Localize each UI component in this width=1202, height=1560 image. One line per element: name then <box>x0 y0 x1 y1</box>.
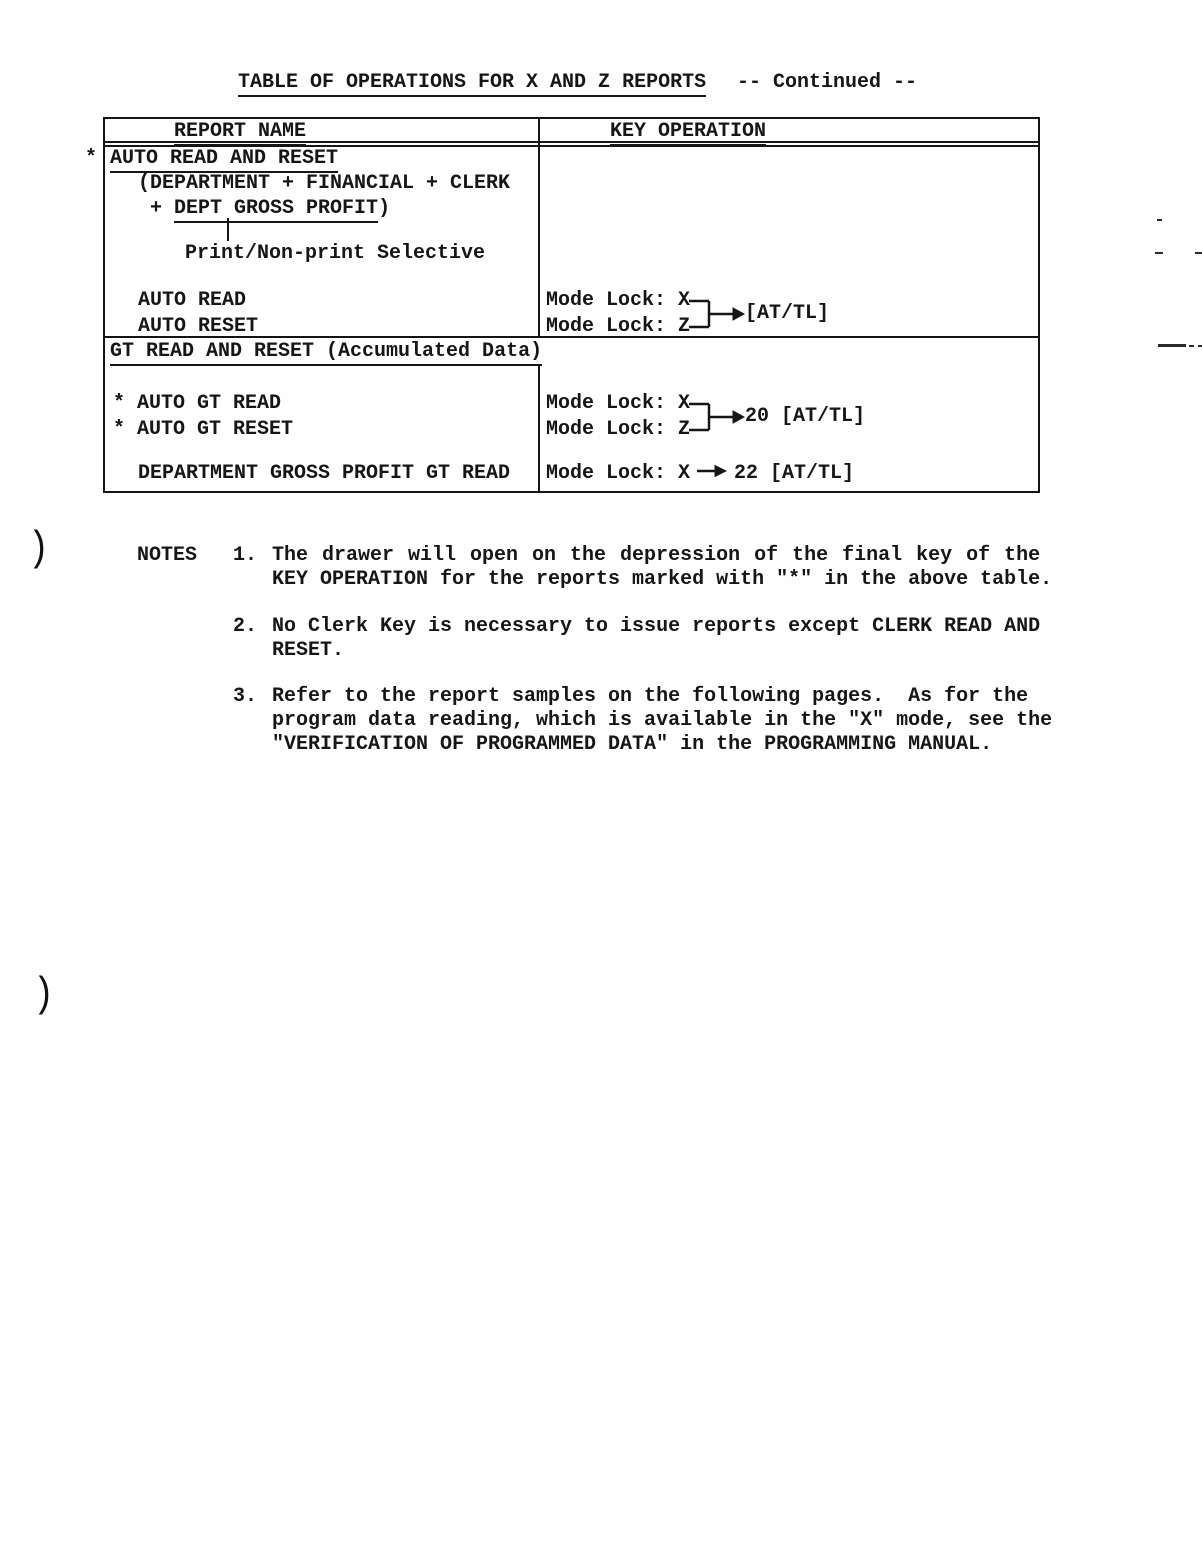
note1-line2: KEY OPERATION for the reports marked wit… <box>272 567 1052 593</box>
note2-line1: No Clerk Key is necessary to issue repor… <box>272 614 1040 640</box>
row-auto-reset: AUTO RESET <box>138 314 258 340</box>
section1-subtitle-line2: + DEPT GROSS PROFIT) <box>150 196 390 223</box>
scan-artifact <box>1198 345 1202 347</box>
column-divider-upper <box>538 119 540 336</box>
op1-mode-lock-x: Mode Lock: X <box>546 288 690 314</box>
section2-title: GT READ AND RESET (Accumulated Data) <box>110 339 542 366</box>
scan-artifact <box>1195 252 1202 254</box>
note2-line2: RESET. <box>272 638 344 664</box>
bracket-arrow-icon <box>688 294 750 334</box>
section1-title: AUTO READ AND RESET <box>110 146 338 173</box>
scan-artifact <box>1189 345 1194 347</box>
op3-line: Mode Lock: X22 [AT/TL] <box>546 461 854 487</box>
row-dept-gross-profit-gt-read: DEPARTMENT GROSS PROFIT GT READ <box>138 461 510 487</box>
note2-number: 2. <box>233 614 257 640</box>
row-auto-gt-reset: * AUTO GT RESET <box>113 417 293 443</box>
op2-mode-lock-z: Mode Lock: Z <box>546 417 690 443</box>
page-title-underlined: TABLE OF OPERATIONS FOR X AND Z REPORTS <box>238 71 706 97</box>
margin-paren-mark: ) <box>33 982 54 1008</box>
page-title-suffix: -- Continued -- <box>737 70 917 96</box>
section1-star: * <box>85 146 97 172</box>
op1-result-label: [AT/TL] <box>745 301 829 327</box>
note3-number: 3. <box>233 684 257 710</box>
scan-artifact <box>1155 252 1163 254</box>
note3-line1: Refer to the report samples on the follo… <box>272 684 1028 710</box>
column-divider-lower <box>538 366 540 491</box>
op1-mode-lock-z: Mode Lock: Z <box>546 314 690 340</box>
notes-heading: NOTES <box>137 543 197 569</box>
row-auto-read: AUTO READ <box>138 288 246 314</box>
callout-connector-line <box>227 218 229 241</box>
arrow-right-icon <box>697 464 727 478</box>
page-title: TABLE OF OPERATIONS FOR X AND Z REPORTS <box>238 70 706 97</box>
scan-artifact <box>1158 344 1186 347</box>
scan-artifact <box>1157 219 1162 221</box>
margin-paren-mark: ) <box>28 536 49 562</box>
note1-number: 1. <box>233 543 257 569</box>
section1-callout: Print/Non-print Selective <box>185 241 485 267</box>
dept-gross-profit-underlined: DEPT GROSS PROFIT <box>174 197 378 223</box>
bracket-arrow-icon <box>688 397 750 437</box>
note3-line3: "VERIFICATION OF PROGRAMMED DATA" in the… <box>272 732 992 758</box>
note3-line2: program data reading, which is available… <box>272 708 1052 734</box>
op2-result-label: 20 [AT/TL] <box>745 404 865 430</box>
section1-subtitle-line1: (DEPARTMENT + FINANCIAL + CLERK <box>138 171 510 197</box>
operations-table: REPORT NAME KEY OPERATION AUTO READ AND … <box>103 117 1040 493</box>
row-auto-gt-read: * AUTO GT READ <box>113 391 281 417</box>
op2-mode-lock-x: Mode Lock: X <box>546 391 690 417</box>
note1-line1: The drawer will open on the depression o… <box>272 543 1040 569</box>
scanned-manual-page: TABLE OF OPERATIONS FOR X AND Z REPORTS … <box>0 0 1202 1560</box>
